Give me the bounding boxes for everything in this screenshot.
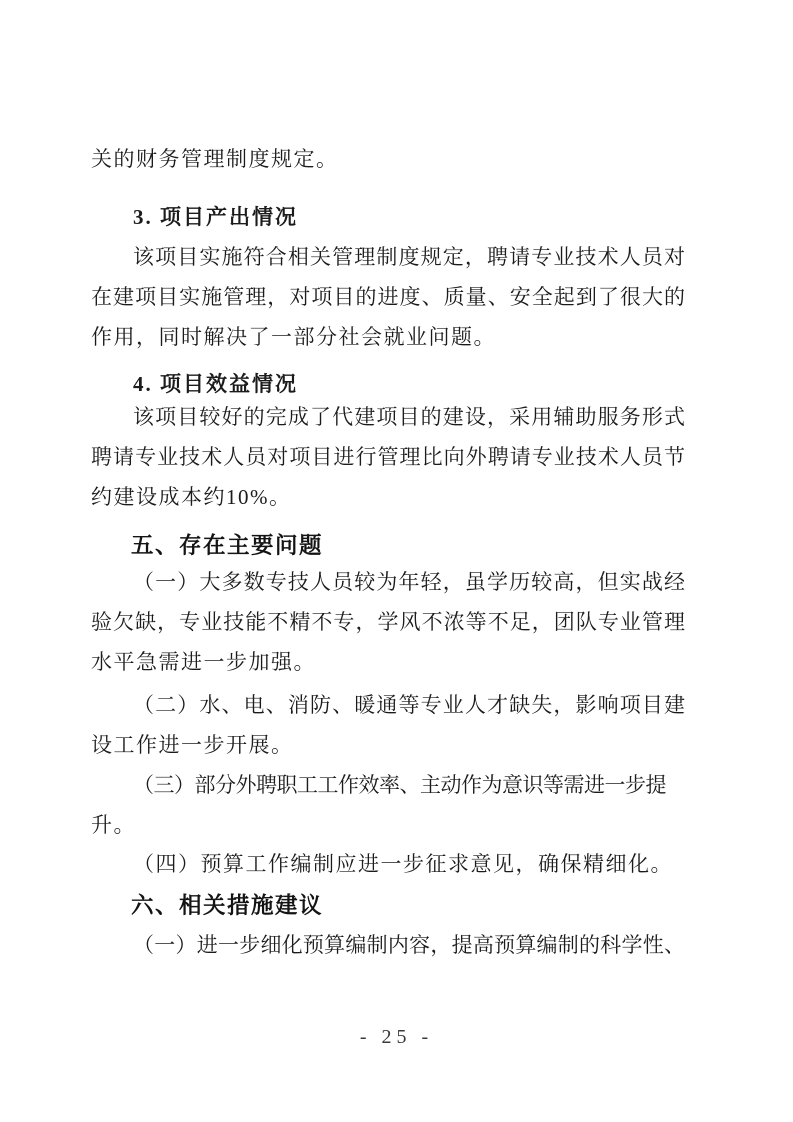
paragraph: （二）水、电、消防、暖通等专业人才缺失，影响项目建 设工作进一步开展。 [91,685,685,765]
document-page: 关的财务管理制度规定。 3. 项目产出情况 该项目实施符合相关管理制度规定，聘请… [0,0,793,1122]
paragraph: （三）部分外聘职工工作效率、主动作为意识等需进一步提 升。 [91,765,685,845]
heading-text: 六、相关措施建议 [91,884,685,928]
paragraph: （四）预算工作编制应进一步征求意见，确保精细化。 [91,844,685,884]
paragraph: （一）进一步细化预算编制内容，提高预算编制的科学性、 [91,925,685,965]
doc-line: （四）预算工作编制应进一步征求意见，确保精细化。 [91,844,685,884]
page-number: - 25 - [0,1022,793,1052]
doc-line: 聘请专业技术人员对项目进行管理比向外聘请专业技术人员节 [91,437,685,477]
doc-line: （一）大多数专技人员较为年轻，虽学历较高，但实战经 [91,562,685,602]
doc-line: 验欠缺，专业技能不精不专，学风不浓等不足，团队专业管理 [91,602,685,642]
section-heading-suggested-measures: 六、相关措施建议 [91,884,685,928]
doc-line: 升。 [91,805,685,845]
heading-text: 3. 项目产出情况 [91,197,685,237]
doc-line: 设工作进一步开展。 [91,725,685,765]
doc-line: 在建项目实施管理，对项目的进度、质量、安全起到了很大的 [91,277,685,317]
paragraph: （一）大多数专技人员较为年轻，虽学历较高，但实战经 验欠缺，专业技能不精不专，学… [91,562,685,682]
doc-line: 水平急需进一步加强。 [91,642,685,682]
doc-line: （一）进一步细化预算编制内容，提高预算编制的科学性、 [91,925,685,965]
paragraph-continuation: 关的财务管理制度规定。 [91,139,685,179]
doc-line: 该项目实施符合相关管理制度规定，聘请专业技术人员对 [91,237,685,277]
doc-line: （三）部分外聘职工工作效率、主动作为意识等需进一步提 [91,765,685,805]
paragraph: 该项目实施符合相关管理制度规定，聘请专业技术人员对 在建项目实施管理，对项目的进… [91,237,685,357]
doc-line: 关的财务管理制度规定。 [91,139,685,179]
doc-line: 该项目较好的完成了代建项目的建设，采用辅助服务形式 [91,397,685,437]
doc-line: 约建设成本约10%。 [91,477,685,517]
paragraph: 该项目较好的完成了代建项目的建设，采用辅助服务形式 聘请专业技术人员对项目进行管… [91,397,685,517]
doc-line: （二）水、电、消防、暖通等专业人才缺失，影响项目建 [91,685,685,725]
numbered-heading-project-output: 3. 项目产出情况 [91,197,685,237]
doc-line: 作用，同时解决了一部分社会就业问题。 [91,317,685,357]
